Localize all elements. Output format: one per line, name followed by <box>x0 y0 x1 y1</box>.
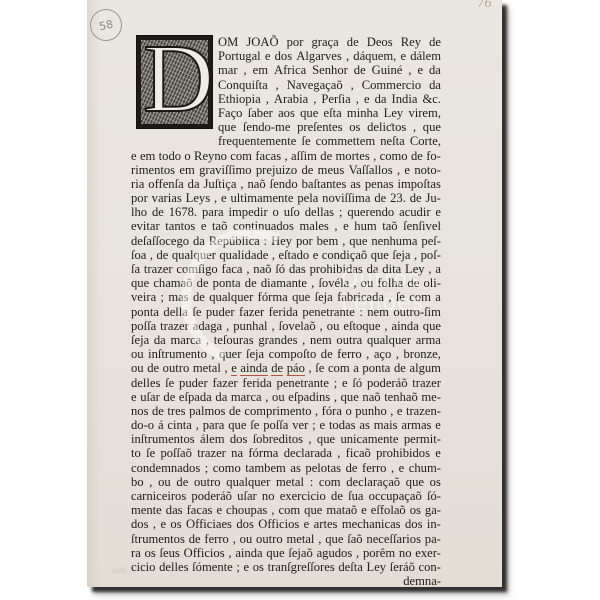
word: Guiné <box>372 63 403 77</box>
word: , <box>315 404 318 418</box>
word: em <box>253 63 268 77</box>
word: das <box>166 503 183 517</box>
word: lho <box>131 205 147 219</box>
text-line: dellesſepuderfazerferidapenetrante;eſópo… <box>131 376 441 390</box>
word: e <box>131 390 137 404</box>
word: ſó- <box>427 489 441 503</box>
word: fóra <box>322 404 342 418</box>
word: o <box>184 149 190 163</box>
word: Officios <box>184 546 225 560</box>
word: outro <box>194 475 221 489</box>
word: ſendo <box>270 177 298 191</box>
word: os <box>410 503 421 517</box>
word: ultimamente <box>230 191 293 205</box>
word: de <box>152 404 164 418</box>
word: delles <box>131 376 160 390</box>
word: , <box>408 63 411 77</box>
word: ainda <box>240 361 267 375</box>
word: de <box>189 532 201 546</box>
word: , <box>428 262 431 276</box>
word: querendo <box>347 205 394 219</box>
word: com <box>278 503 300 517</box>
word: graça <box>311 35 338 49</box>
word: ainda <box>235 546 262 560</box>
word: penetrante <box>277 376 329 390</box>
word: &c. <box>422 92 441 106</box>
word: as <box>350 177 361 191</box>
word: , <box>414 248 417 262</box>
text-line: queſendo-mepreſentesosdeliƈtos,que <box>218 120 441 134</box>
word: Leys <box>186 191 210 205</box>
word: , <box>334 390 337 404</box>
word: Corte, <box>410 134 441 148</box>
word: ponta <box>213 276 241 290</box>
word: aſſim <box>291 149 317 163</box>
word: e <box>361 503 367 517</box>
word: offenſa <box>148 177 183 191</box>
word: , <box>246 262 249 276</box>
word: da <box>193 234 205 248</box>
word: naõ <box>248 177 266 191</box>
word: Senhor <box>312 63 348 77</box>
word: as <box>290 461 301 475</box>
word: qualidade <box>219 248 268 262</box>
word: qualquer <box>172 248 216 262</box>
word: ſeráõ <box>390 560 415 574</box>
word: arma <box>416 333 441 347</box>
word: eſtado <box>278 248 309 262</box>
word: que <box>304 503 322 517</box>
word: neſta <box>380 134 404 148</box>
word: trazer <box>197 446 226 460</box>
word: deſaſſocego <box>131 234 189 248</box>
word: , <box>265 390 268 404</box>
word: todas <box>329 418 356 432</box>
word: adaga <box>193 319 222 333</box>
word: ſe <box>315 361 324 375</box>
word: virem, <box>408 106 441 120</box>
word: , <box>153 517 156 531</box>
word: , <box>244 63 247 77</box>
word: nem <box>367 305 389 319</box>
word: bem <box>317 234 339 248</box>
word: ſe <box>192 305 201 319</box>
text-line: ſejadamarca,teſourasgrandes,nemoutraqual… <box>131 333 441 347</box>
word: cinta <box>167 418 191 432</box>
word: impoſtas <box>397 177 440 191</box>
word: e <box>244 560 250 574</box>
word: de <box>147 361 159 375</box>
word: oli- <box>423 276 441 290</box>
word: exercicio <box>280 489 326 503</box>
word: bronze, <box>404 347 441 361</box>
word: , <box>285 149 288 163</box>
word: comprimento <box>244 404 311 418</box>
word: prejuizo <box>256 163 297 177</box>
word: ſaber <box>248 106 273 120</box>
word: rimentos <box>131 163 175 177</box>
word: Ley <box>405 262 425 276</box>
word: ſeus <box>160 546 180 560</box>
word: de <box>411 149 423 163</box>
word: República <box>209 234 260 248</box>
word: Conquiſta <box>218 78 268 92</box>
word: ſobreditos <box>253 432 303 446</box>
word: ponta <box>362 361 390 375</box>
text-line: riaoffenſadaJuſtiça,naõſendobaſtantesasp… <box>131 177 441 191</box>
word: de <box>394 361 406 375</box>
word: deſta <box>338 560 362 574</box>
word: , <box>396 347 399 361</box>
word: Ethiopia <box>218 92 261 106</box>
word: ſua <box>348 489 363 503</box>
word: nos <box>131 404 149 418</box>
word: Ju- <box>425 191 440 205</box>
word: uſar <box>140 390 160 404</box>
word: ; <box>334 376 338 390</box>
word: , <box>206 333 209 347</box>
text-line: poſſatrazeradaga,punhal,ſovelaõ,oueſtoqu… <box>131 319 441 333</box>
word: , <box>196 418 199 432</box>
word: de <box>152 205 164 219</box>
word: in- <box>427 517 441 531</box>
word: poſſa <box>131 319 156 333</box>
word: punhal <box>233 319 267 333</box>
word: ferro <box>362 461 386 475</box>
word: pelotas <box>305 461 341 475</box>
word: impedir <box>229 205 268 219</box>
text-line: ſoa,dequalquerqualidade,eſtadoecondiçaõq… <box>131 248 441 262</box>
word: páo <box>287 361 305 375</box>
word: , <box>320 319 323 333</box>
text-line: ciciodellesſómente;eostranſgreſſoresdeſt… <box>131 560 441 574</box>
word: mechanicas <box>342 517 401 531</box>
word: ou <box>327 319 340 333</box>
word: folha <box>377 276 403 290</box>
text-line: veira;masdequalquerfórmaqueſejafabricada… <box>131 290 441 304</box>
word: ; <box>312 418 316 432</box>
word: , <box>384 319 387 333</box>
word: trazer <box>412 376 441 390</box>
word: ſeja <box>131 333 149 347</box>
word: e <box>400 49 406 63</box>
word: Navegaçaõ <box>287 78 343 92</box>
word: metal <box>276 475 304 489</box>
word: trazer <box>160 319 189 333</box>
word: , <box>356 92 359 106</box>
pencil-folio-number: 58 <box>87 6 125 44</box>
word: mas <box>168 290 188 304</box>
word: os <box>430 475 441 489</box>
word: de <box>176 475 188 489</box>
word: 1678. <box>169 205 197 219</box>
text-line: carniceirospoderáõuſarnoexerciciodeſuaoc… <box>131 489 441 503</box>
word: ra <box>131 546 141 560</box>
word: noto- <box>414 163 441 177</box>
word: punho <box>355 404 386 418</box>
word: dos <box>236 517 254 531</box>
word: e <box>435 446 441 460</box>
word: dos <box>405 517 423 531</box>
word: nenhuma <box>371 234 417 248</box>
word: como <box>213 461 241 475</box>
catchword: demna- <box>131 574 441 588</box>
word: que <box>300 106 318 120</box>
word: ſe <box>301 134 310 148</box>
word: India <box>392 92 418 106</box>
word: facas <box>255 149 281 163</box>
word: eſta <box>324 106 342 120</box>
word: varias <box>152 191 182 205</box>
word: fórma <box>248 446 278 460</box>
word: ga- <box>425 503 441 517</box>
word: , <box>211 347 214 361</box>
word: inſtrumento <box>148 347 207 361</box>
word: de <box>271 361 283 375</box>
word: por <box>287 35 304 49</box>
text-line: Ethiopia,Arabia,Perſia,edaIndia&c. <box>218 92 441 106</box>
word: , <box>272 319 275 333</box>
word: ſoa <box>131 248 146 262</box>
word: que <box>341 390 359 404</box>
word: comſigo <box>176 262 217 276</box>
word: tambem <box>245 461 286 475</box>
corner-page-number: 76 <box>477 0 492 10</box>
word: OM <box>218 35 238 49</box>
word: e <box>231 361 237 375</box>
word: para <box>203 418 225 432</box>
word: mais <box>374 418 398 432</box>
word: pa- <box>425 532 441 546</box>
word: nem <box>310 333 332 347</box>
word: , <box>276 78 279 92</box>
word: os <box>145 546 156 560</box>
word: ferro <box>204 532 228 546</box>
word: que <box>266 546 284 560</box>
text-line: ſatrazercomſigofaca,naõſódasprohibidasda… <box>131 262 441 276</box>
word: fórma <box>258 290 288 304</box>
word: , <box>266 92 269 106</box>
word: taõ <box>212 219 227 233</box>
word: e <box>397 404 403 418</box>
word: que <box>325 532 343 546</box>
word: declaraçaõ <box>346 475 400 489</box>
word: dáquem, <box>353 49 396 63</box>
word: , <box>240 177 243 191</box>
word: de <box>407 276 419 290</box>
word: ſe <box>165 376 174 390</box>
word: naõ <box>253 262 271 276</box>
word: que <box>292 290 310 304</box>
word: á <box>158 418 164 432</box>
word: , <box>150 248 153 262</box>
word: JOAÕ <box>246 35 278 49</box>
word: ſovelaõ <box>279 319 316 333</box>
word: ria <box>131 177 144 191</box>
word: e <box>320 418 326 432</box>
word: Arabia <box>274 92 308 106</box>
word: , <box>391 461 394 475</box>
word: veira <box>131 290 156 304</box>
word: da <box>429 63 441 77</box>
word: palmos <box>189 404 225 418</box>
word: frequentemente <box>218 134 296 148</box>
word: e <box>435 418 441 432</box>
text-line: ſtrumentosdeferro,ououtrometal,queſaõnec… <box>131 532 441 546</box>
word: em <box>140 149 155 163</box>
word: marca <box>231 390 262 404</box>
word: preſentes <box>297 120 342 134</box>
word: ; <box>339 205 343 219</box>
word: , <box>390 404 393 418</box>
word: peſ- <box>421 234 441 248</box>
word: quer <box>219 347 241 361</box>
word: , <box>214 191 217 205</box>
word: e <box>404 163 410 177</box>
word: Vaſſallos <box>349 163 393 177</box>
word: Hey <box>271 234 292 248</box>
text-line: quechamaõdepontadediamante,ſovéla,oufolh… <box>131 276 441 290</box>
word: tres <box>167 404 185 418</box>
word: ſovéla <box>318 276 349 290</box>
document-page: 58 76 D OMJOAÕporgraçadeDeosReyde Portug… <box>87 0 502 587</box>
word: qualquer <box>226 475 270 489</box>
word: qualquer <box>367 333 411 347</box>
word: qualquer <box>209 290 253 304</box>
word: tenhaõ <box>384 390 418 404</box>
text-line: evitartantosetaõcontinuadosmales,ehumtaõ… <box>131 219 441 233</box>
text-line: mar,emAfricaSenhordeGuiné,eda <box>218 63 441 77</box>
text-line: raosſeusOfficios,aindaqueſejaõagudos,por… <box>131 546 441 560</box>
word: marca <box>170 333 201 347</box>
word: neceſſarios <box>366 532 421 546</box>
word: grandes <box>258 333 297 347</box>
word: ſaõ <box>347 532 362 546</box>
word: ſó <box>275 262 285 276</box>
word: ſeja <box>246 347 264 361</box>
word: para <box>202 205 224 219</box>
word: que <box>371 248 389 262</box>
word: , <box>388 290 391 304</box>
word: mente <box>131 503 162 517</box>
word: eſtoque <box>343 319 380 333</box>
word: ſtrumentos <box>131 532 185 546</box>
word: ; <box>205 461 209 475</box>
word: poſſaõ <box>160 446 191 460</box>
word: que <box>406 475 424 489</box>
word: ſejaõ <box>288 546 312 560</box>
word: dos <box>275 49 293 63</box>
word: de <box>245 276 257 290</box>
word: metal <box>286 532 314 546</box>
word: chum- <box>409 461 441 475</box>
word: que <box>131 276 149 290</box>
word: taõ <box>382 219 397 233</box>
word: , <box>272 248 275 262</box>
word: que <box>349 234 367 248</box>
word: 23. <box>390 191 406 205</box>
word: ſeja <box>392 248 410 262</box>
word: a <box>435 290 441 304</box>
word: exer- <box>415 546 441 560</box>
word: e <box>435 205 441 219</box>
word: , <box>342 234 345 248</box>
word: , <box>334 219 337 233</box>
word: continuados <box>233 219 294 233</box>
word: com <box>319 475 341 489</box>
word: poderáõ <box>191 489 232 503</box>
word: eſfolaõ <box>371 503 406 517</box>
word: ſeja <box>315 290 333 304</box>
word: diamante <box>261 276 307 290</box>
word: poſ- <box>421 248 441 262</box>
text-line: porvariasLeys,eultimamentepelanoviſſimad… <box>131 191 441 205</box>
word: poderáõ <box>367 376 408 390</box>
word: , <box>413 120 416 134</box>
word: hum <box>354 219 376 233</box>
word: declarada <box>284 446 332 460</box>
word: , <box>366 347 369 361</box>
word: da <box>375 92 387 106</box>
word: , <box>271 503 274 517</box>
word: de <box>374 191 386 205</box>
word: os <box>253 560 264 574</box>
word: minha <box>347 106 378 120</box>
word: puder <box>206 305 235 319</box>
word: : <box>264 234 268 248</box>
word: com <box>230 149 252 163</box>
text-line: OMJOAÕporgraçadeDeosReyde <box>218 35 441 49</box>
word: pela <box>297 191 318 205</box>
word: outro <box>256 532 283 546</box>
word: Ley <box>384 106 404 120</box>
word: choupas <box>226 503 267 517</box>
word: dellas <box>305 205 334 219</box>
word: ſó <box>352 376 362 390</box>
word: Rey <box>401 35 421 49</box>
text-line: bo,oudeoutroqualquermetal:comdeclaraçaõq… <box>131 475 441 489</box>
word: de <box>320 149 332 163</box>
word: por <box>296 234 313 248</box>
word: no <box>262 489 275 503</box>
word: , <box>351 78 354 92</box>
word: tranſgreſſores <box>268 560 335 574</box>
word: mortes <box>336 149 370 163</box>
word: ou <box>361 276 374 290</box>
word: Portugal <box>218 49 261 63</box>
word: commettem <box>316 134 375 148</box>
word: o <box>345 404 351 418</box>
text-line: rimentosemgraviſſimoprejuizodemeusVaſſal… <box>131 163 441 177</box>
word: con- <box>419 560 441 574</box>
word: condiçaõ <box>322 248 367 262</box>
word: em <box>179 163 194 177</box>
word: todo <box>159 149 181 163</box>
word: ou <box>272 390 285 404</box>
word: de <box>331 489 343 503</box>
word: carniceiros <box>131 489 186 503</box>
word: de <box>163 390 175 404</box>
word: metal <box>193 361 221 375</box>
text-line: eemtodooReynocomfacas,aſſimdemortes,como… <box>131 149 441 163</box>
word: Juſtiça <box>204 177 237 191</box>
word: e <box>343 219 349 233</box>
word: , <box>228 546 231 560</box>
word: no <box>399 546 412 560</box>
word: aos <box>278 106 295 120</box>
word: deliƈtos <box>367 120 406 134</box>
text-line: FaçoſaberaosqueeſtaminhaLeyvirem, <box>218 106 441 120</box>
